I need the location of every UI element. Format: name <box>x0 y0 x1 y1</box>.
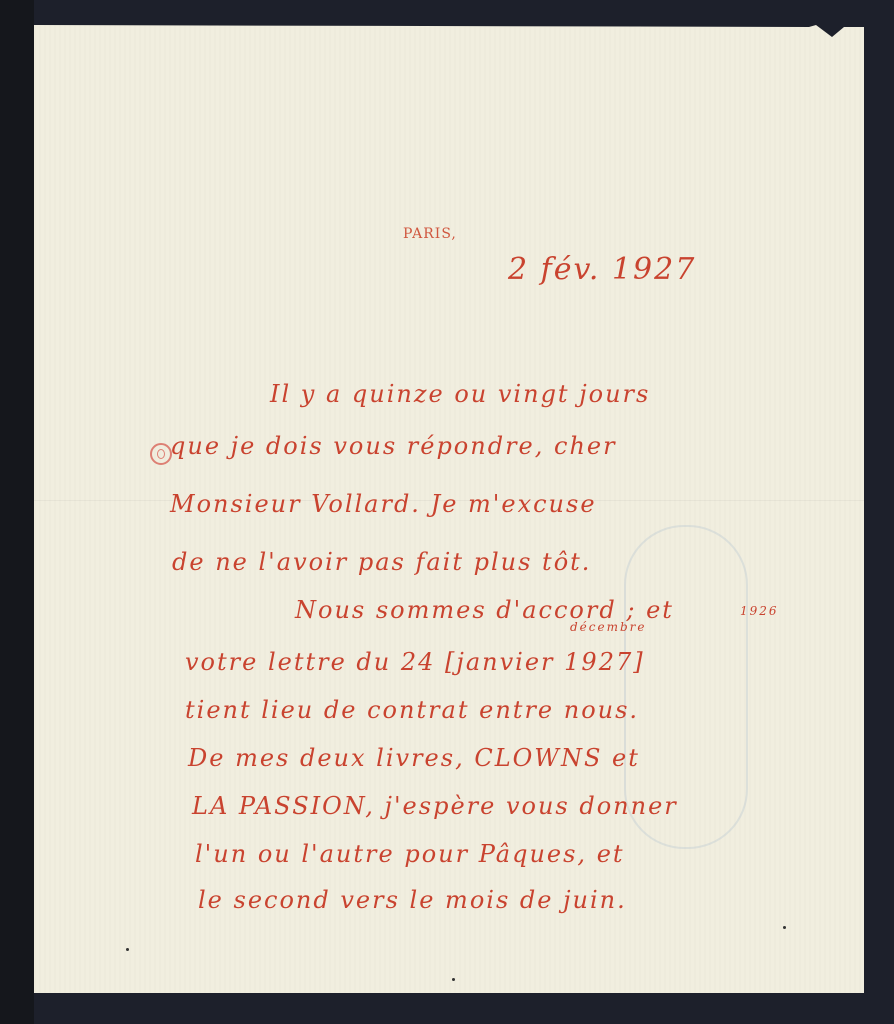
letter-line-11: le second vers le mois de juin. <box>198 886 627 914</box>
circled-numeral-mark-icon <box>150 443 172 465</box>
letter-line-10: l'un ou l'autre pour Pâques, et <box>195 840 625 868</box>
letter-date: 2 fév. 1927 <box>508 252 696 287</box>
paper-speck <box>783 926 786 929</box>
letter-line-8: De mes deux livres, CLOWNS et <box>188 744 640 772</box>
paper-speck <box>126 948 129 951</box>
correction-above-month: décembre <box>570 620 647 634</box>
letter-line-3: Monsieur Vollard. Je m'excuse <box>170 490 597 518</box>
letter-line-2: que je dois vous répondre, cher <box>170 432 617 460</box>
letter-line-1: Il y a quinze ou vingt jours <box>270 380 650 408</box>
letter-line-7: tient lieu de contrat entre nous. <box>185 696 639 724</box>
letter-line-6: votre lettre du 24 [janvier 1927] <box>185 648 645 676</box>
paper-speck <box>452 978 455 981</box>
letter-line-4: de ne l'avoir pas fait plus tôt. <box>172 548 591 576</box>
letter-place: PARIS, <box>403 226 457 242</box>
correction-above-year: 1926 <box>740 604 779 618</box>
letter-line-9: LA PASSION, j'espère vous donner <box>192 792 678 820</box>
scan-background-left <box>0 0 34 1024</box>
